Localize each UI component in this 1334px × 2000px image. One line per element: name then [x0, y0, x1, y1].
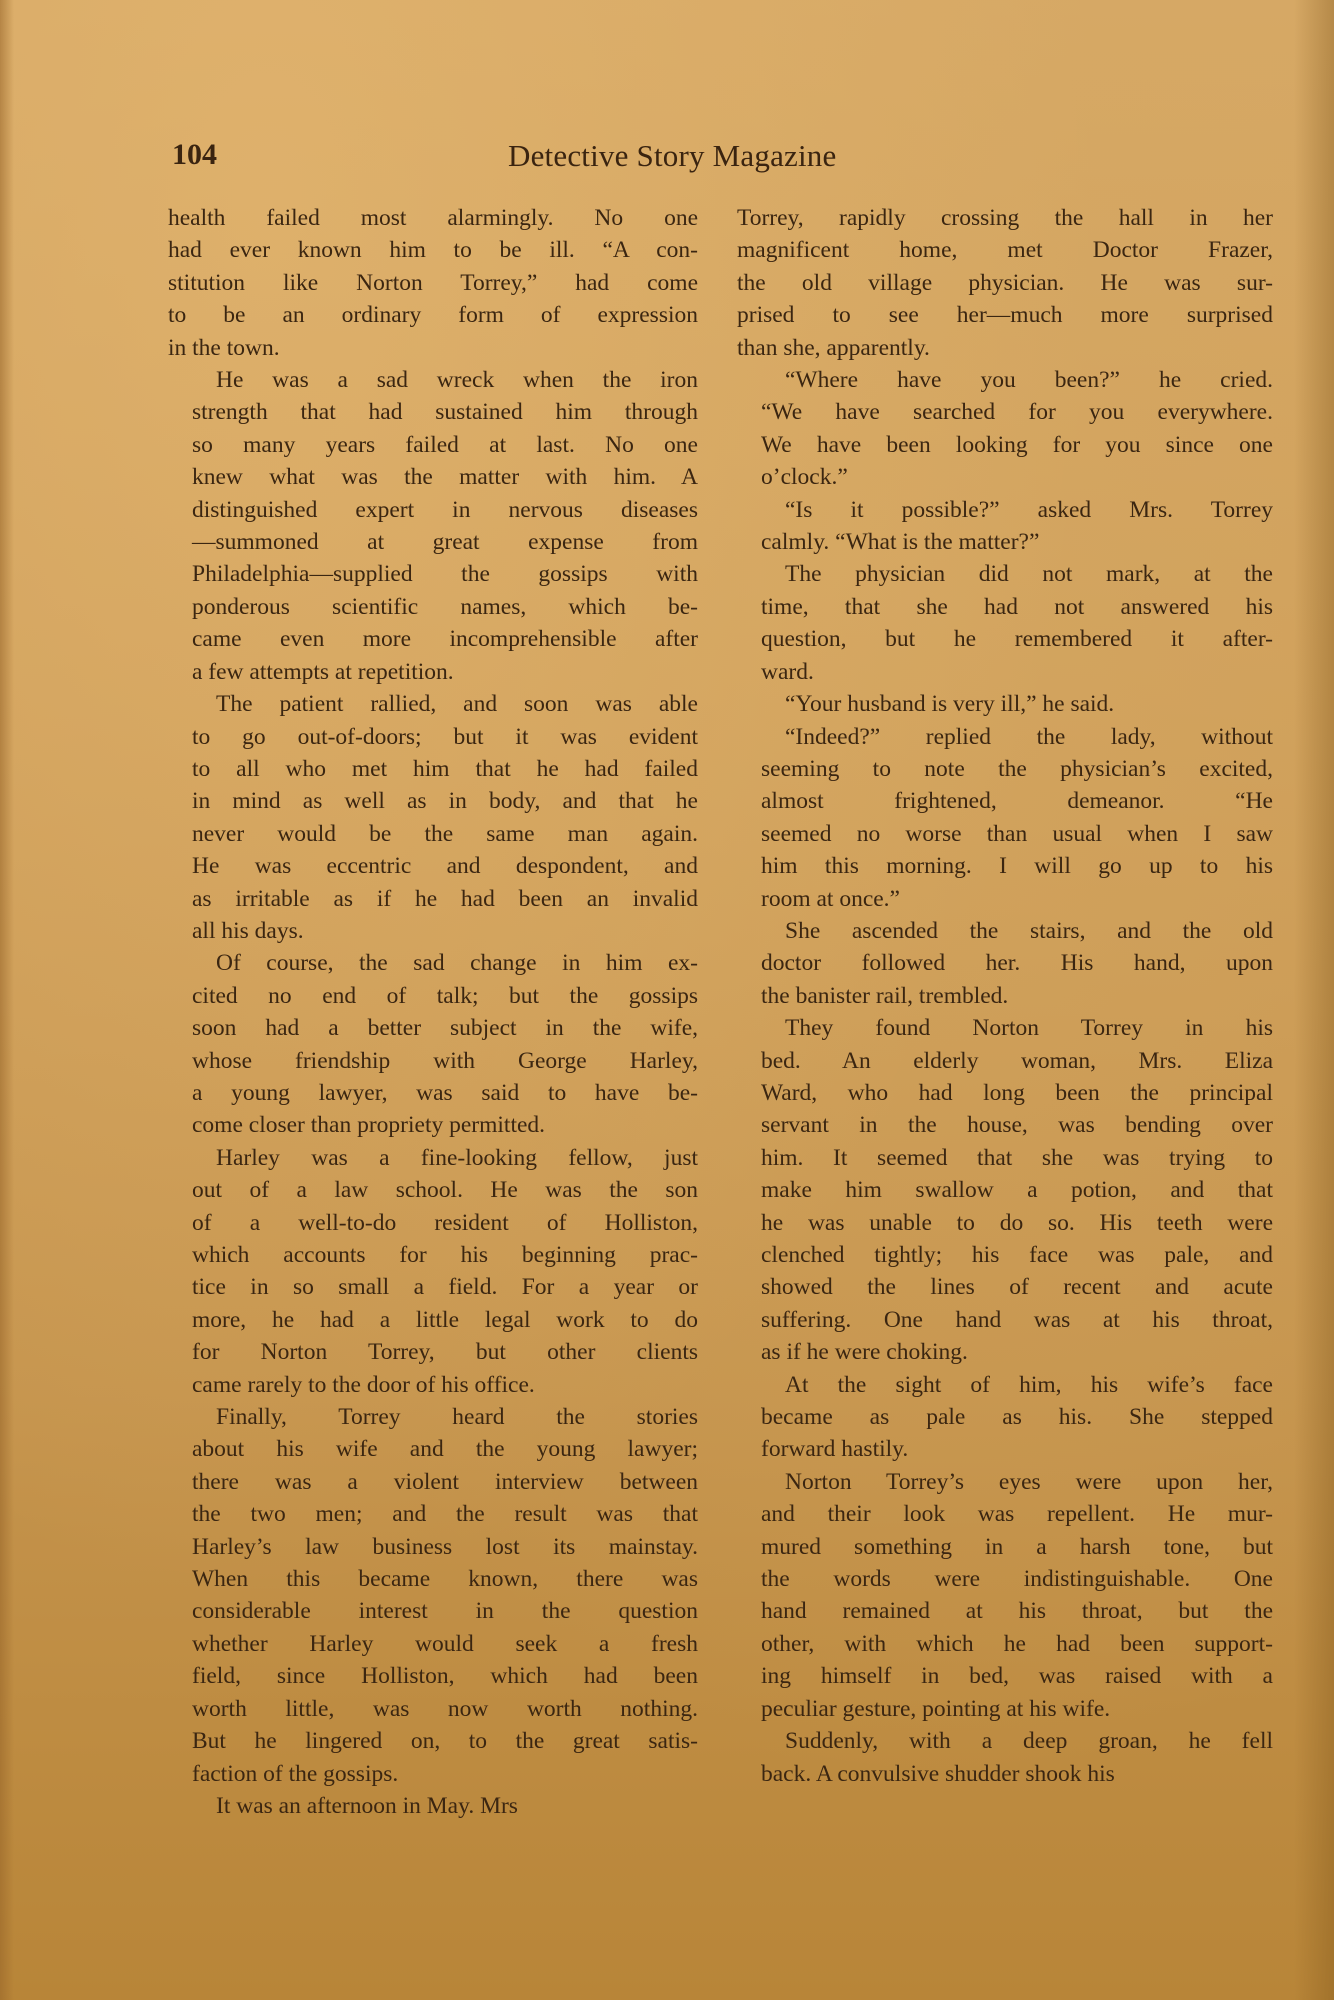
text-line: forward hastily.	[737, 1433, 1273, 1465]
text-line: than she, apparently.	[737, 332, 1273, 364]
text-line: Philadelphia—supplied the gossips with	[168, 558, 698, 590]
text-line: When this became known, there was	[168, 1563, 698, 1595]
text-line: o’clock.”	[737, 461, 1273, 493]
text-line: hand remained at his throat, but the	[737, 1595, 1273, 1627]
text-line: She ascended the stairs, and the old	[737, 915, 1273, 947]
text-line: “Where have you been?” he cried.	[737, 364, 1273, 396]
paragraph: Suddenly, with a deep groan, he fellback…	[737, 1725, 1273, 1790]
paragraph: The patient rallied, and soon was ableto…	[168, 688, 698, 947]
text-line: a young lawyer, was said to have be-	[168, 1077, 698, 1109]
text-line: Suddenly, with a deep groan, he fell	[737, 1725, 1273, 1757]
text-line: all his days.	[168, 915, 698, 947]
text-line: We have been looking for you since one	[737, 429, 1273, 461]
text-line: field, since Holliston, which had been	[168, 1660, 698, 1692]
paragraph: “Indeed?” replied the lady, withoutseemi…	[737, 721, 1273, 915]
text-line: tice in so small a field. For a year or	[168, 1271, 698, 1303]
text-line: so many years failed at last. No one	[168, 429, 698, 461]
running-title: Detective Story Magazine	[508, 138, 836, 174]
paragraph: “Is it possible?” asked Mrs. Torreycalml…	[737, 494, 1273, 559]
text-line: Norton Torrey’s eyes were upon her,	[737, 1466, 1273, 1498]
text-line: ponderous scientific names, which be-	[168, 591, 698, 623]
text-line: for Norton Torrey, but other clients	[168, 1336, 698, 1368]
text-line: seemed no worse than usual when I saw	[737, 818, 1273, 850]
paragraph: She ascended the stairs, and the olddoct…	[737, 915, 1273, 1012]
text-line: as irritable as if he had been an invali…	[168, 883, 698, 915]
text-line: mured something in a harsh tone, but	[737, 1531, 1273, 1563]
text-line: come closer than propriety permitted.	[168, 1109, 698, 1141]
paragraph: Norton Torrey’s eyes were upon her,and t…	[737, 1466, 1273, 1725]
text-line: They found Norton Torrey in his	[737, 1012, 1273, 1044]
paragraph: Finally, Torrey heard the storiesabout h…	[168, 1401, 698, 1790]
paragraph: Of course, the sad change in him ex-cite…	[168, 947, 698, 1141]
text-line: about his wife and the young lawyer;	[168, 1433, 698, 1465]
text-line: almost frightened, demeanor. “He	[737, 785, 1273, 817]
text-line: knew what was the matter with him. A	[168, 461, 698, 493]
text-line: ward.	[737, 656, 1273, 688]
text-line: never would be the same man again.	[168, 818, 698, 850]
text-line: became as pale as his. She stepped	[737, 1401, 1273, 1433]
text-line: calmly. “What is the matter?”	[737, 526, 1273, 558]
text-line: ing himself in bed, was raised with a	[737, 1660, 1273, 1692]
text-line: The patient rallied, and soon was able	[168, 688, 698, 720]
paragraph: “Your husband is very ill,” he said.	[737, 688, 1273, 720]
text-line: other, with which he had been support-	[737, 1628, 1273, 1660]
text-line: —summoned at great expense from	[168, 526, 698, 558]
text-line: him. It seemed that she was trying to	[737, 1142, 1273, 1174]
text-line: the banister rail, trembled.	[737, 980, 1273, 1012]
left-column: health failed most alarmingly. No onehad…	[168, 202, 698, 1822]
text-line: question, but he remembered it after-	[737, 623, 1273, 655]
text-line: health failed most alarmingly. No one	[168, 202, 698, 234]
text-line: back. A convulsive shudder shook his	[737, 1758, 1273, 1790]
right-column: Torrey, rapidly crossing the hall in her…	[737, 202, 1273, 1790]
text-line: But he lingered on, to the great satis-	[168, 1725, 698, 1757]
text-line: as if he were choking.	[737, 1336, 1273, 1368]
text-line: to go out-of-doors; but it was evident	[168, 721, 698, 753]
text-line: and their look was repellent. He mur-	[737, 1498, 1273, 1530]
text-line: to all who met him that he had failed	[168, 753, 698, 785]
text-line: “Indeed?” replied the lady, without	[737, 721, 1273, 753]
paragraph: It was an afternoon in May. Mrs	[168, 1790, 698, 1822]
text-line: prised to see her—much more surprised	[737, 299, 1273, 331]
text-line: cited no end of talk; but the gossips	[168, 980, 698, 1012]
text-line: there was a violent interview between	[168, 1466, 698, 1498]
text-line: the two men; and the result was that	[168, 1498, 698, 1530]
text-line: which accounts for his beginning prac-	[168, 1239, 698, 1271]
text-line: “Is it possible?” asked Mrs. Torrey	[737, 494, 1273, 526]
text-line: to be an ordinary form of expression	[168, 299, 698, 331]
page-number: 104	[172, 138, 217, 172]
text-line: out of a law school. He was the son	[168, 1174, 698, 1206]
text-line: the old village physician. He was sur-	[737, 267, 1273, 299]
paragraph: Harley was a fine-looking fellow, justou…	[168, 1142, 698, 1401]
paragraph: He was a sad wreck when the ironstrength…	[168, 364, 698, 688]
text-line: came rarely to the door of his office.	[168, 1369, 698, 1401]
text-line: He was eccentric and despondent, and	[168, 850, 698, 882]
text-line: doctor followed her. His hand, upon	[737, 947, 1273, 979]
text-line: “Your husband is very ill,” he said.	[737, 688, 1273, 720]
text-line: “We have searched for you everywhere.	[737, 396, 1273, 428]
text-line: Torrey, rapidly crossing the hall in her	[737, 202, 1273, 234]
text-line: in mind as well as in body, and that he	[168, 785, 698, 817]
text-line: peculiar gesture, pointing at his wife.	[737, 1693, 1273, 1725]
text-line: soon had a better subject in the wife,	[168, 1012, 698, 1044]
text-line: a few attempts at repetition.	[168, 656, 698, 688]
text-line: distinguished expert in nervous diseases	[168, 494, 698, 526]
text-line: At the sight of him, his wife’s face	[737, 1369, 1273, 1401]
paragraph: The physician did not mark, at thetime, …	[737, 558, 1273, 688]
text-line: bed. An elderly woman, Mrs. Eliza	[737, 1045, 1273, 1077]
magazine-page: 104 Detective Story Magazine health fail…	[0, 0, 1334, 2000]
text-line: Harley was a fine-looking fellow, just	[168, 1142, 698, 1174]
text-line: he was unable to do so. His teeth were	[737, 1207, 1273, 1239]
text-line: whose friendship with George Harley,	[168, 1045, 698, 1077]
text-line: considerable interest in the question	[168, 1595, 698, 1627]
text-line: Finally, Torrey heard the stories	[168, 1401, 698, 1433]
text-line: him this morning. I will go up to his	[737, 850, 1273, 882]
paragraph: “Where have you been?” he cried.“We have…	[737, 364, 1273, 494]
text-line: the words were indistinguishable. One	[737, 1563, 1273, 1595]
text-line: magnificent home, met Doctor Frazer,	[737, 234, 1273, 266]
text-line: clenched tightly; his face was pale, and	[737, 1239, 1273, 1271]
text-line: room at once.”	[737, 883, 1273, 915]
text-line: in the town.	[168, 332, 698, 364]
paragraph: Torrey, rapidly crossing the hall in her…	[737, 202, 1273, 364]
text-line: more, he had a little legal work to do	[168, 1304, 698, 1336]
paragraph: At the sight of him, his wife’s facebeca…	[737, 1369, 1273, 1466]
text-line: time, that she had not answered his	[737, 591, 1273, 623]
text-line: stitution like Norton Torrey,” had come	[168, 267, 698, 299]
text-line: suffering. One hand was at his throat,	[737, 1304, 1273, 1336]
text-line: strength that had sustained him through	[168, 396, 698, 428]
text-line: showed the lines of recent and acute	[737, 1271, 1273, 1303]
text-line: seeming to note the physician’s excited,	[737, 753, 1273, 785]
page-header: 104 Detective Story Magazine	[172, 138, 932, 182]
text-line: faction of the gossips.	[168, 1758, 698, 1790]
text-line: make him swallow a potion, and that	[737, 1174, 1273, 1206]
text-line: Of course, the sad change in him ex-	[168, 947, 698, 979]
text-line: whether Harley would seek a fresh	[168, 1628, 698, 1660]
text-line: worth little, was now worth nothing.	[168, 1693, 698, 1725]
text-line: servant in the house, was bending over	[737, 1109, 1273, 1141]
paragraph: They found Norton Torrey in hisbed. An e…	[737, 1012, 1273, 1368]
text-line: had ever known him to be ill. “A con-	[168, 234, 698, 266]
text-line: of a well-to-do resident of Holliston,	[168, 1207, 698, 1239]
text-line: Harley’s law business lost its mainstay.	[168, 1531, 698, 1563]
paragraph: health failed most alarmingly. No onehad…	[168, 202, 698, 364]
text-line: He was a sad wreck when the iron	[168, 364, 698, 396]
text-line: The physician did not mark, at the	[737, 558, 1273, 590]
text-line: Ward, who had long been the principal	[737, 1077, 1273, 1109]
text-line: came even more incomprehensible after	[168, 623, 698, 655]
text-line: It was an afternoon in May. Mrs	[168, 1790, 698, 1822]
